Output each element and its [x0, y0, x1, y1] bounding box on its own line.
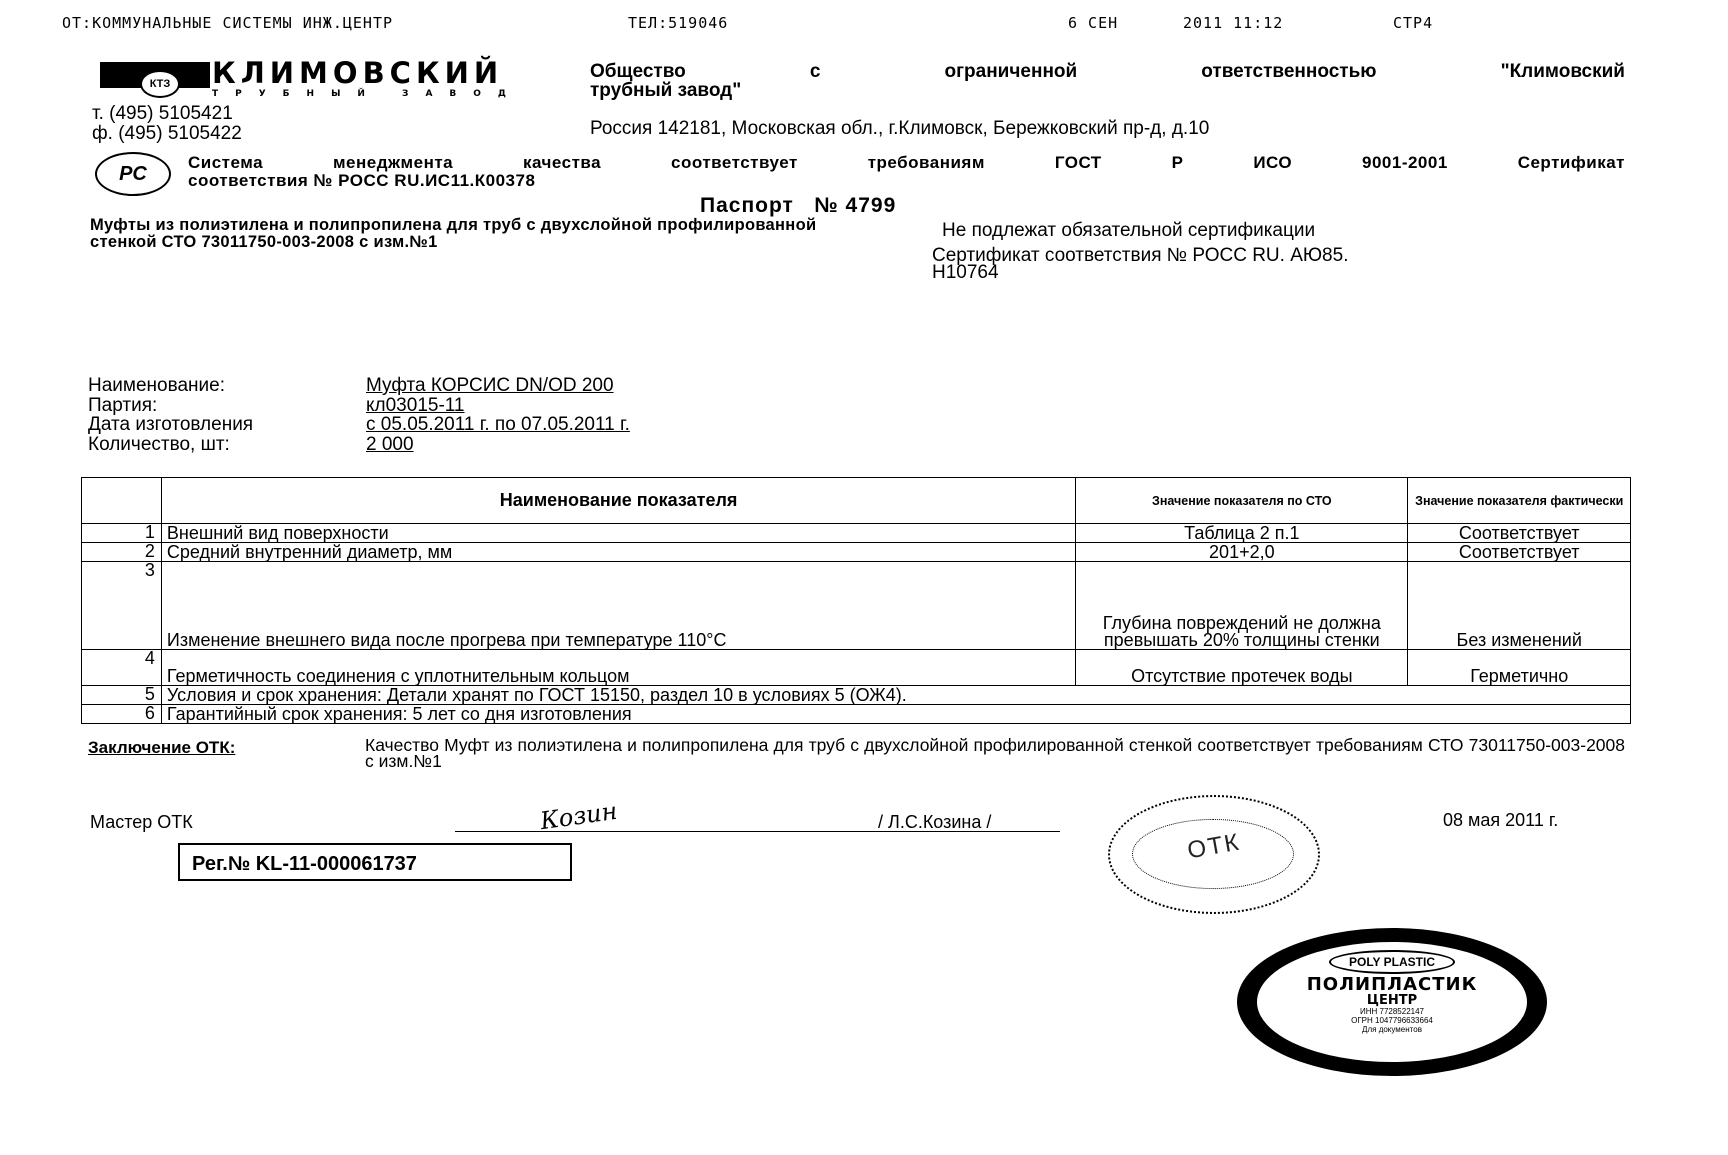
table-row: 1 Внешний вид поверхности Таблица 2 п.1 …	[82, 524, 1631, 543]
certification-note: Не подлежат обязательной сертификации	[942, 220, 1315, 242]
fax-phone: ТЕЛ:519046	[628, 14, 728, 32]
qms-word: требованиям	[868, 154, 985, 172]
row-num: 4	[82, 650, 162, 686]
logo-subtitle: ТРУБНЫЙ ЗАВОД	[212, 89, 523, 99]
polyplastic-stamp-inner: POLY PLASTIC ПОЛИПЛАСТИК ЦЕНТР ИНН 77285…	[1257, 942, 1527, 1062]
date-label: Дата изготовления	[88, 415, 366, 435]
row-name: Герметичность соединения с уплотнительны…	[161, 650, 1075, 686]
qms-word: менеджмента	[333, 154, 453, 172]
otk-stamp-icon: ОТК	[1108, 795, 1320, 914]
passport-title: Паспорт № 4799	[700, 194, 896, 218]
fax-page: СТР4	[1393, 14, 1433, 32]
company-name: Общество с ограниченной ответственностью…	[590, 62, 1625, 100]
signer-name: / Л.С.Козина /	[878, 812, 991, 833]
quantity-value: 2 000	[366, 435, 414, 455]
row-num: 3	[82, 562, 162, 650]
master-role: Мастер ОТК	[90, 812, 193, 833]
qms-word: Сертификат	[1518, 154, 1625, 172]
qms-word: Система	[188, 154, 263, 172]
row-num: 5	[82, 686, 162, 705]
row-sto: Таблица 2 п.1	[1076, 524, 1408, 543]
row-num: 1	[82, 524, 162, 543]
logo-name: КЛИМОВСКИЙ	[212, 56, 503, 90]
company-logo: КТЗ КЛИМОВСКИЙ ТРУБНЫЙ ЗАВОД	[100, 58, 550, 98]
polyplastic-note: Для документов	[1257, 1025, 1527, 1034]
company-word: ответственностью	[1201, 62, 1376, 81]
header-num	[82, 478, 162, 524]
row-name: Изменение внешнего вида после прогрева п…	[161, 562, 1075, 650]
conclusion-text: Качество Муфт из полиэтилена и полипропи…	[365, 737, 1625, 769]
date-value: с 05.05.2011 г. по 07.05.2011 г.	[366, 415, 630, 435]
contact-phones: т. (495) 5105421 ф. (495) 5105422	[92, 104, 242, 144]
certification-logo-icon: PC	[95, 152, 171, 196]
row-text: Гарантийный срок хранения: 5 лет со дня …	[161, 705, 1630, 724]
row-fact: Без изменений	[1408, 562, 1631, 650]
signoff-date: 08 мая 2011 г.	[1443, 810, 1558, 831]
row-name: Средний внутренний диаметр, мм	[161, 543, 1075, 562]
row-sto: Отсутствие протечек воды	[1076, 650, 1408, 686]
qms-word: 9001-2001	[1362, 154, 1448, 172]
row-fact: Соответствует	[1408, 543, 1631, 562]
company-word: с	[810, 62, 821, 81]
table-row: 3 Изменение внешнего вида после прогрева…	[82, 562, 1631, 650]
qms-certificate-line: соответствия № РОСС RU.ИС11.К00378	[188, 172, 1625, 190]
row-num: 2	[82, 543, 162, 562]
batch-value: кл03015-11	[366, 396, 465, 416]
logo-badge-icon: КТЗ	[140, 70, 180, 98]
row-fact: Герметично	[1408, 650, 1631, 686]
fax-date: 6 СЕН	[1068, 14, 1118, 32]
certificate-line2: Н10764	[932, 264, 1348, 281]
quality-statement: Система менеджмента качества соответству…	[188, 154, 1625, 190]
polyplastic-brand: POLY PLASTIC	[1329, 950, 1455, 974]
fax-number: ф. (495) 5105422	[92, 124, 242, 144]
table-row: 6 Гарантийный срок хранения: 5 лет со дн…	[82, 705, 1631, 724]
qms-word: качества	[523, 154, 601, 172]
company-address: Россия 142181, Московская обл., г.Климов…	[590, 118, 1209, 140]
quantity-label: Количество, шт:	[88, 435, 366, 455]
polyplastic-inn: ИНН 7728522147	[1257, 1007, 1527, 1016]
batch-label: Партия:	[88, 396, 366, 416]
product-info: Наименование:Муфта КОРСИС DN/OD 200 Парт…	[88, 376, 630, 454]
company-word: Общество	[590, 62, 686, 81]
qms-word: соответствует	[671, 154, 798, 172]
table-row: 5 Условия и срок хранения: Детали хранят…	[82, 686, 1631, 705]
name-label: Наименование:	[88, 376, 366, 396]
qms-word: ИСО	[1253, 154, 1292, 172]
row-fact: Соответствует	[1408, 524, 1631, 543]
company-word: "Климовский	[1501, 62, 1625, 81]
fax-year-time: 2011 11:12	[1183, 14, 1283, 32]
registration-number: Рег.№ KL-11-000061737	[178, 843, 572, 881]
phone-number: т. (495) 5105421	[92, 104, 242, 124]
qms-word: Р	[1172, 154, 1184, 172]
row-num: 6	[82, 705, 162, 724]
header-name: Наименование показателя	[161, 478, 1075, 524]
product-description: Муфты из полиэтилена и полипропилена для…	[90, 217, 850, 251]
row-sto: Глубина повреждений не должна превышать …	[1076, 562, 1408, 650]
certificate-number: Сертификат соответствия № РОСС RU. АЮ85.…	[932, 247, 1348, 281]
row-text: Условия и срок хранения: Детали хранят п…	[161, 686, 1630, 705]
row-name: Внешний вид поверхности	[161, 524, 1075, 543]
polyplastic-ogrn: ОГРН 1047796633664	[1257, 1016, 1527, 1025]
name-value: Муфта КОРСИС DN/OD 200	[366, 376, 614, 396]
company-word: ограниченной	[945, 62, 1078, 81]
row-sto: 201+2,0	[1076, 543, 1408, 562]
table-header-row: Наименование показателя Значение показат…	[82, 478, 1631, 524]
specification-table: Наименование показателя Значение показат…	[81, 477, 1631, 724]
polyplastic-name: ПОЛИПЛАСТИК	[1257, 976, 1527, 994]
fax-sender: ОТ:КОММУНАЛЬНЫЕ СИСТЕМЫ ИНЖ.ЦЕНТР	[62, 14, 393, 32]
header-fact: Значение показателя фактически	[1408, 478, 1631, 524]
header-sto: Значение показателя по СТО	[1076, 478, 1408, 524]
table-row: 4 Герметичность соединения с уплотнитель…	[82, 650, 1631, 686]
qms-word: ГОСТ	[1055, 154, 1102, 172]
polyplastic-stamp-icon: POLY PLASTIC ПОЛИПЛАСТИК ЦЕНТР ИНН 77285…	[1237, 928, 1547, 1076]
polyplastic-name2: ЦЕНТР	[1257, 994, 1527, 1007]
company-name-line2: трубный завод"	[590, 80, 741, 101]
conclusion-label: Заключение ОТК:	[88, 738, 235, 758]
table-row: 2 Средний внутренний диаметр, мм 201+2,0…	[82, 543, 1631, 562]
